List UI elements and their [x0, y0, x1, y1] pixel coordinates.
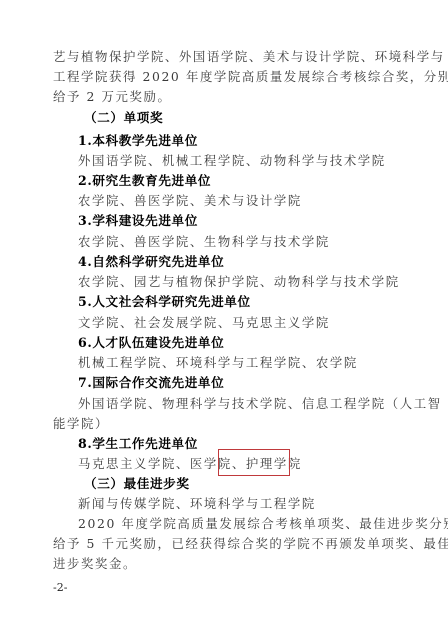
item-2-text: 农学院、兽医学院、美术与设计学院: [78, 191, 424, 211]
item-4-text: 农学院、园艺与植物保护学院、动物科学与技术学院: [78, 272, 424, 292]
note-line-3: 进步奖奖金。: [53, 554, 399, 574]
item-5-heading: 5.人文社会科学研究先进单位: [78, 292, 424, 312]
intro-line-2: 工程学院获得 2020 年度学院高质量发展综合考核综合奖，分别: [53, 67, 399, 87]
item-1-text: 外国语学院、机械工程学院、动物科学与技术学院: [78, 151, 424, 171]
intro-line-3: 给予 2 万元奖励。: [53, 87, 399, 107]
section-3-title: （三）最佳进步奖: [84, 474, 430, 494]
item-6-heading: 6.人才队伍建设先进单位: [78, 333, 424, 353]
note-line-1: 2020 年度学院高质量发展综合考核单项奖、最佳进步奖分别: [78, 514, 399, 534]
document-page: 艺与植物保护学院、外国语学院、美术与设计学院、环境科学与 工程学院获得 2020…: [0, 0, 448, 623]
item-4-heading: 4.自然科学研究先进单位: [78, 252, 424, 272]
item-3-text: 农学院、兽医学院、生物科学与技术学院: [78, 232, 424, 252]
section-3-winners: 新闻与传媒学院、环境科学与工程学院: [78, 494, 424, 514]
note-line-2: 给予 5 千元奖励，已经获得综合奖的学院不再颁发单项奖、最佳: [53, 534, 399, 554]
item-7-text-2: 能学院）: [53, 414, 399, 434]
item-3-heading: 3.学科建设先进单位: [78, 211, 424, 231]
item-6-text: 机械工程学院、环境科学与工程学院、农学院: [78, 353, 424, 373]
item-7-heading: 7.国际合作交流先进单位: [78, 373, 424, 393]
item-7-text-1: 外国语学院、物理科学与技术学院、信息工程学院（人工智: [78, 394, 399, 414]
item-5-text: 文学院、社会发展学院、马克思主义学院: [78, 313, 424, 333]
highlight-box: [218, 449, 290, 476]
intro-line-1: 艺与植物保护学院、外国语学院、美术与设计学院、环境科学与: [53, 47, 399, 67]
item-1-heading: 1.本科教学先进单位: [78, 131, 424, 151]
page-number: -2-: [53, 581, 67, 594]
item-2-heading: 2.研究生教育先进单位: [78, 171, 424, 191]
section-2-title: （二）单项奖: [84, 108, 430, 128]
